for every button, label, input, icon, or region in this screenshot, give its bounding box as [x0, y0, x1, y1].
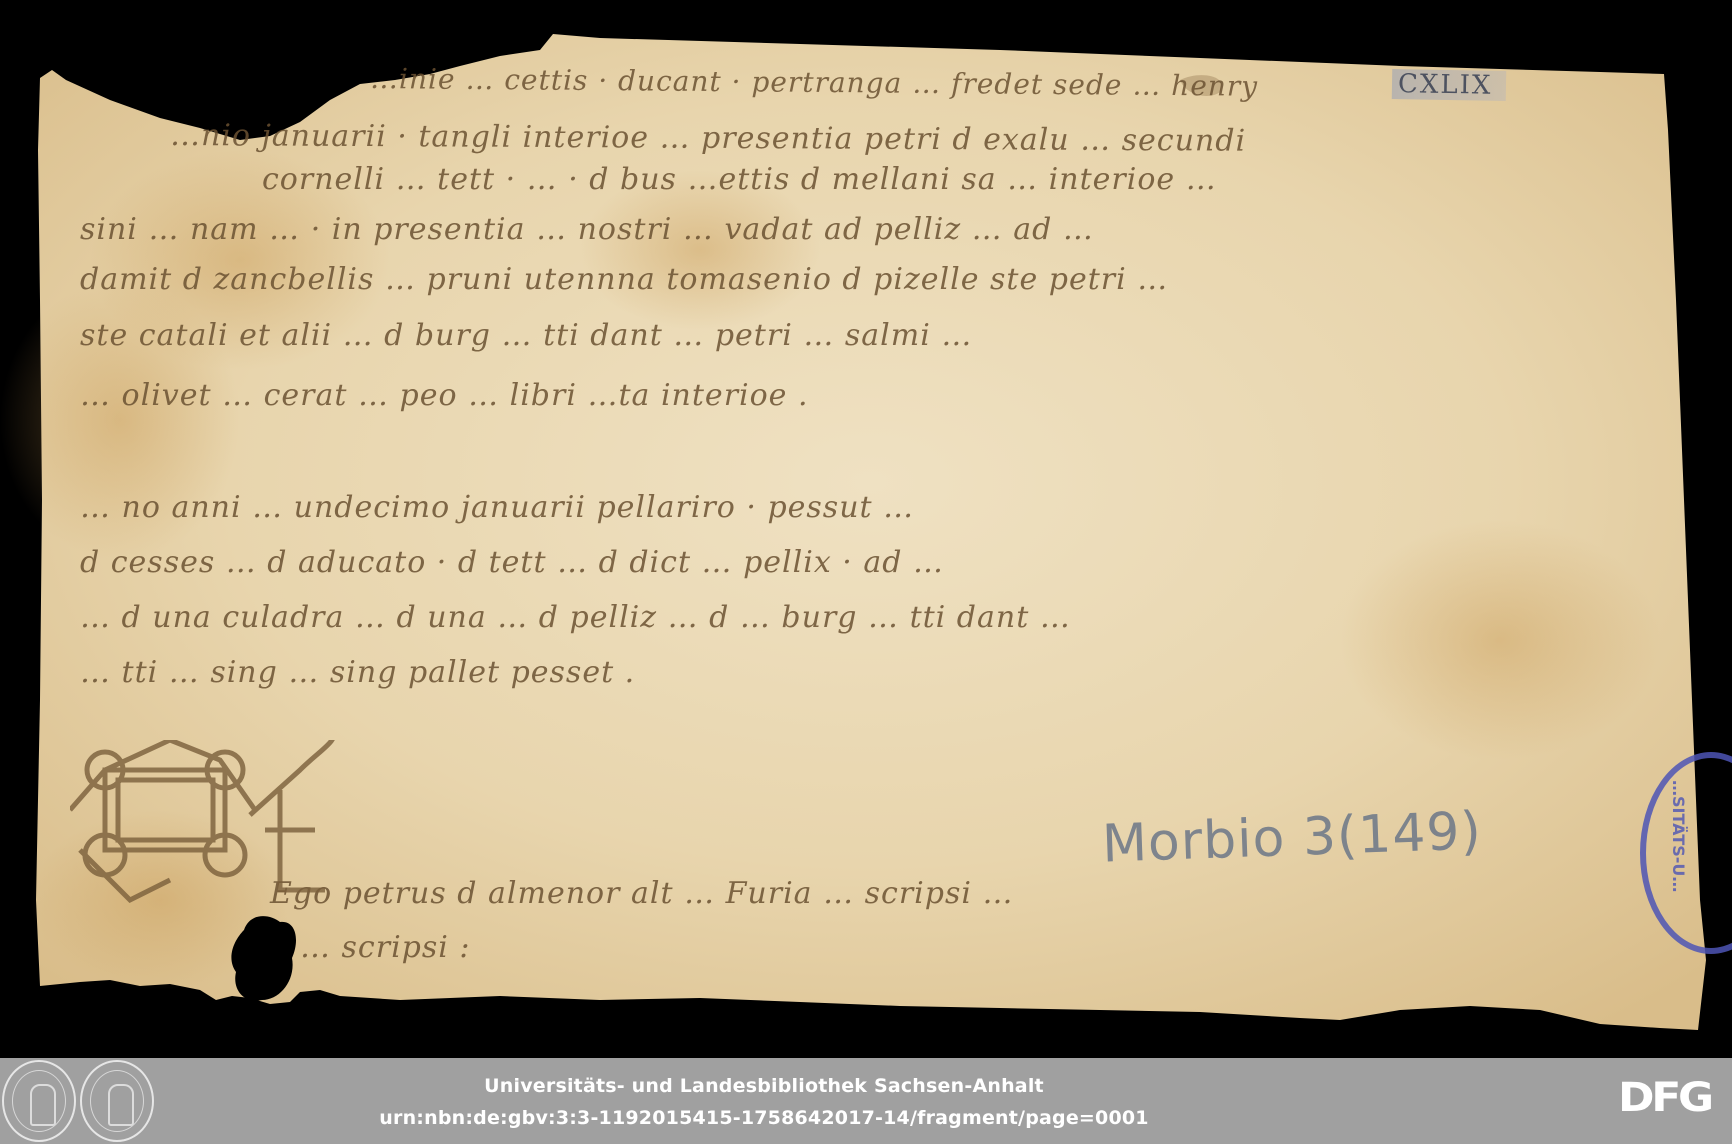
dfg-logo: DFG — [1618, 1078, 1711, 1118]
urn-link[interactable]: urn:nbn:de:gbv:3:3-1192015415-1758642017… — [0, 1107, 1732, 1129]
script-line-6: ste catali et alii … d burg … tti dant …… — [80, 318, 972, 353]
script-line-7: … olivet … cerat … peo … libri …ta inter… — [80, 378, 809, 413]
script-line-3: cornelli … tett · … · d bus …ettis d mel… — [262, 162, 1217, 197]
university-seals-logo — [2, 1060, 154, 1142]
institution-name: Universitäts- und Landesbibliothek Sachs… — [0, 1075, 1732, 1097]
script-line-10: … d una culadra … d una … d pelliz … d …… — [80, 600, 1071, 635]
script-line-2: …nio januarii · tangli interioe … presen… — [170, 118, 1246, 159]
folio-number-annotation: CXLIX — [1392, 69, 1507, 101]
manuscript-scan: …inie … cettis · ducant · pertranga … fr… — [0, 0, 1732, 1058]
viewer-footer: Universitäts- und Landesbibliothek Sachs… — [0, 1058, 1732, 1144]
script-line-4: sini … nam … · in presentia … nostri … v… — [80, 212, 1094, 247]
seal-icon-left — [2, 1060, 76, 1142]
script-line-5: damit d zancbellis … pruni utennna tomas… — [80, 262, 1168, 297]
script-line-12: Ego petrus d almenor alt … Furia … scrip… — [270, 876, 1014, 911]
script-line-11: … tti … sing … sing pallet pesset . — [80, 655, 635, 690]
seal-icon-right — [80, 1060, 154, 1142]
notary-sign-icon — [70, 740, 370, 940]
library-stamp-text: …SITÄTS-U… — [1648, 780, 1688, 910]
script-line-8: … no anni … undecimo januarii pellariro … — [80, 490, 914, 525]
script-line-9: d cesses … d aducato · d tett … d dict …… — [80, 545, 944, 580]
